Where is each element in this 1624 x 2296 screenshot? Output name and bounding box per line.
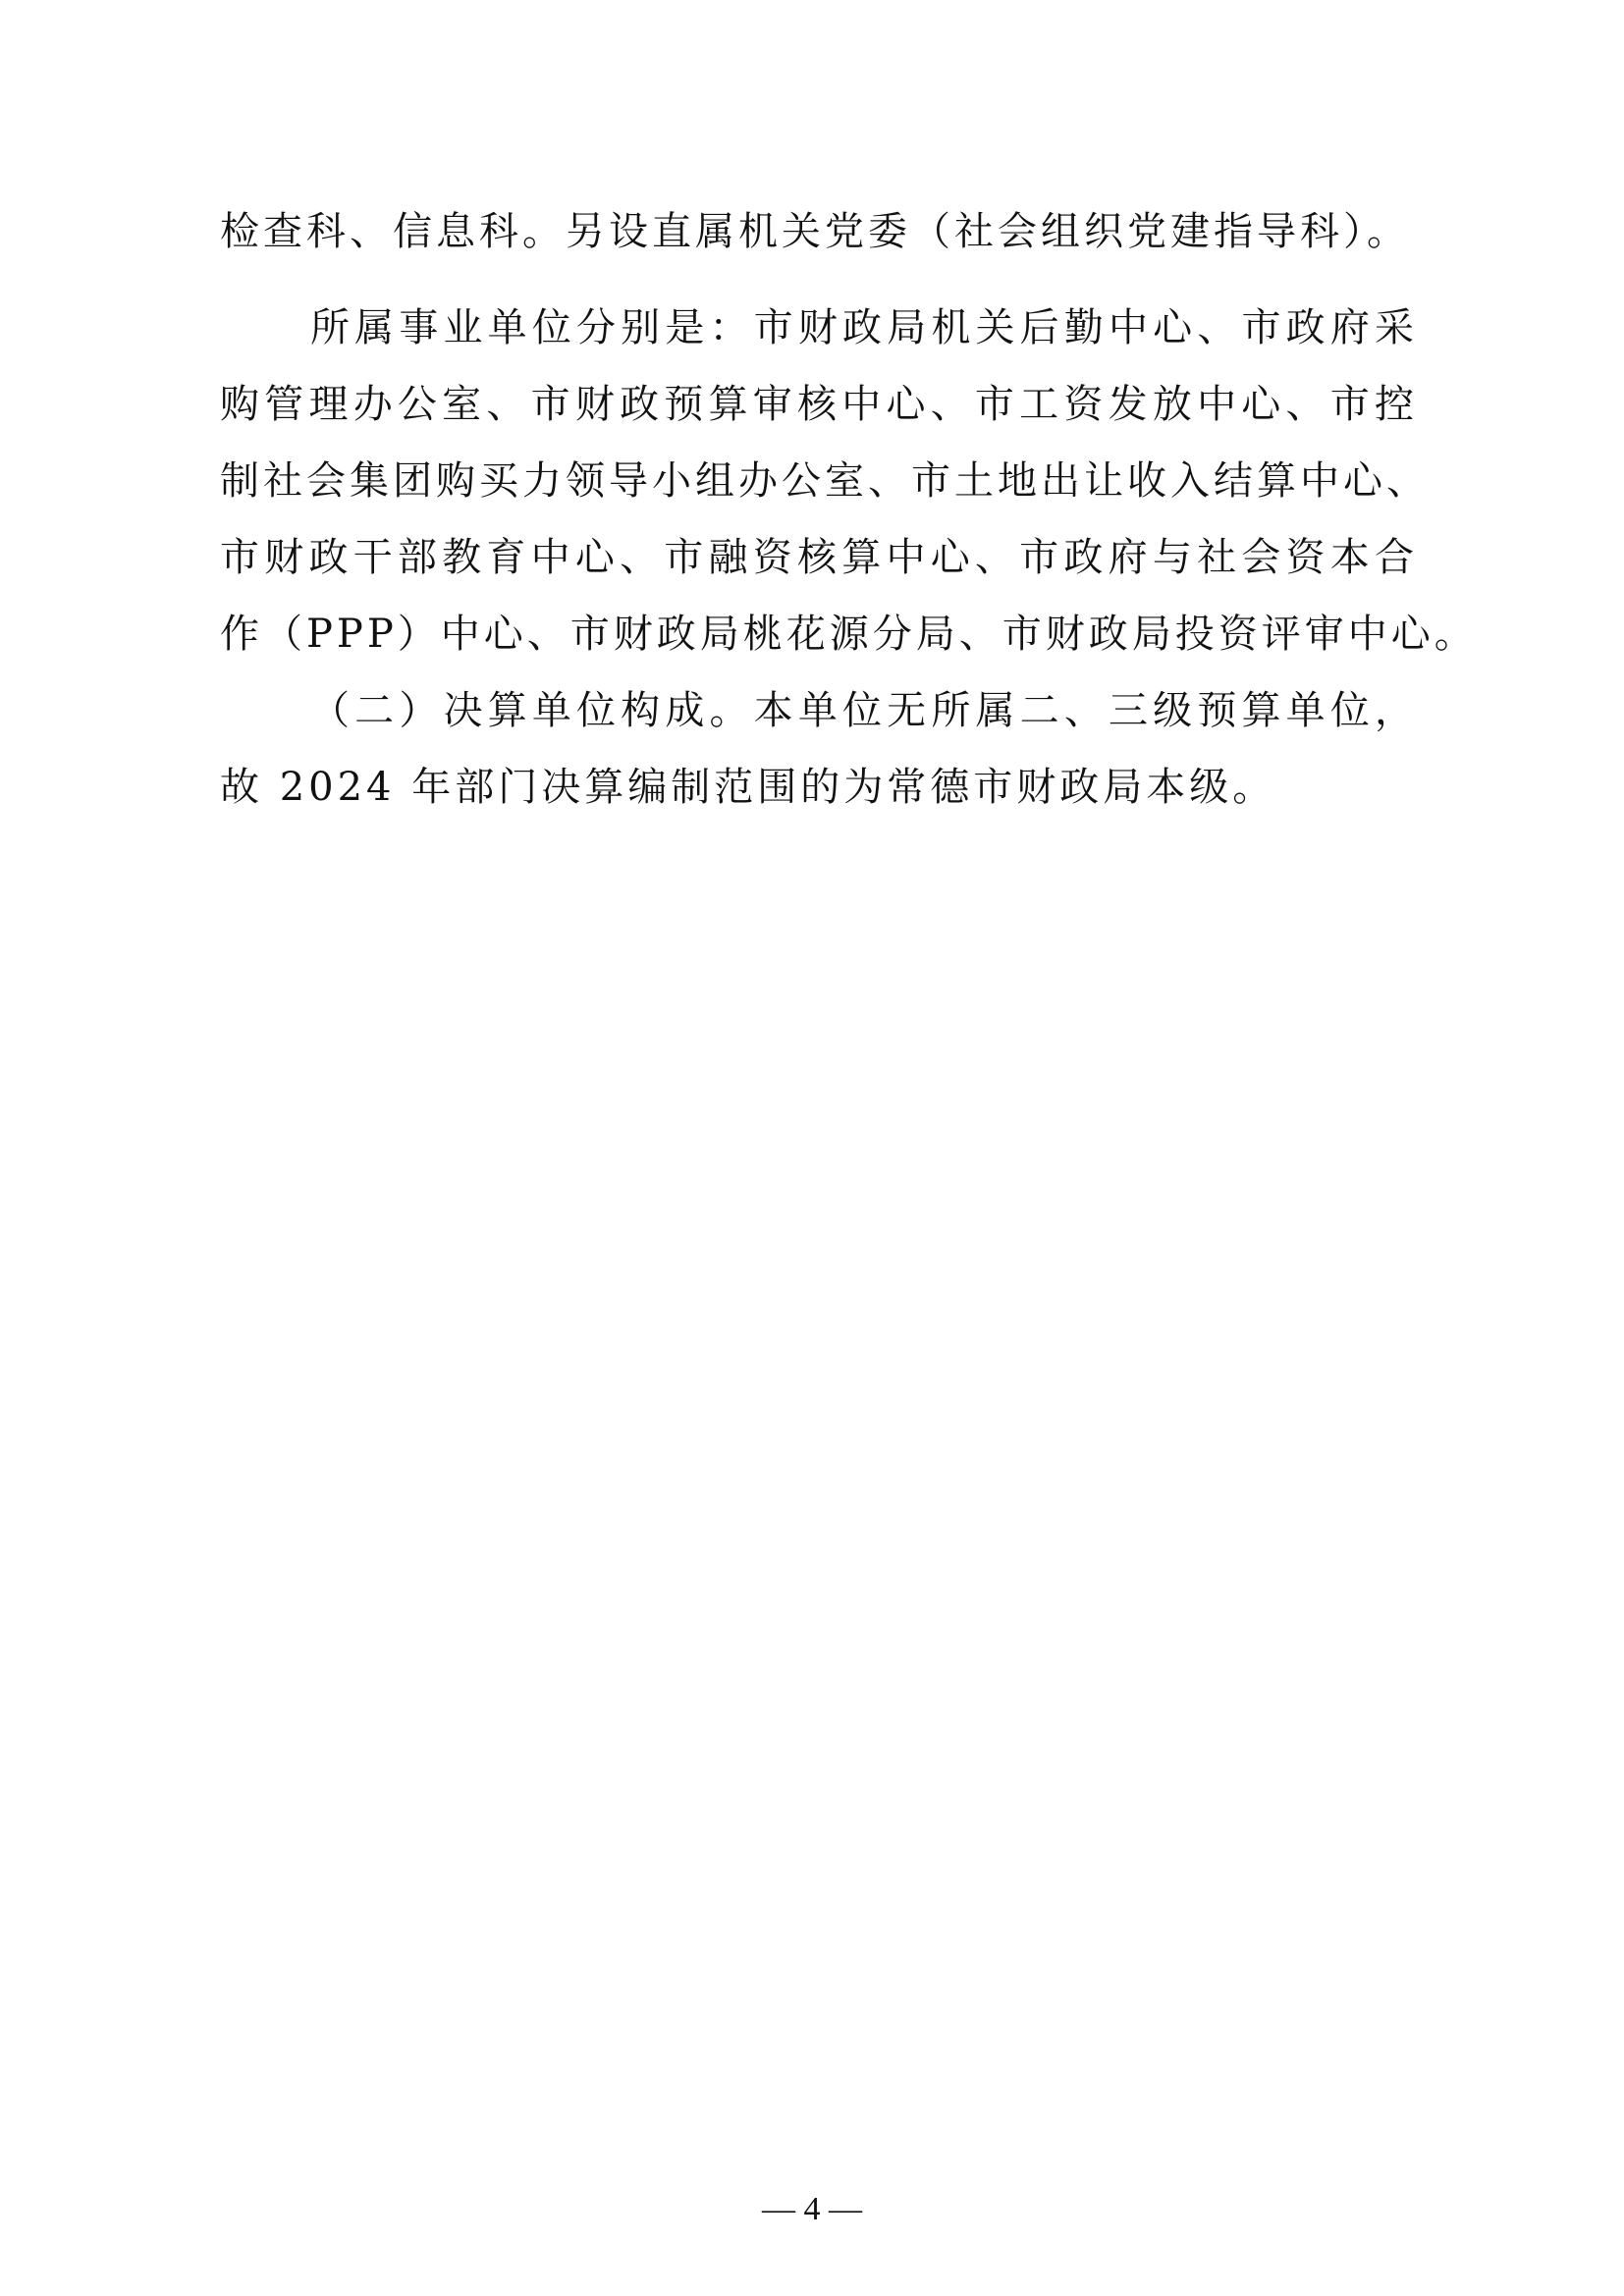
- paragraph-line: 所属事业单位分别是：市财政局机关后勤中心、市政府采: [310, 298, 1418, 357]
- paragraph-line: 市财政干部教育中心、市融资核算中心、市政府与社会资本合: [220, 528, 1418, 587]
- section-heading-line: （二）决算单位构成。本单位无所属二、三级预算单位，: [310, 681, 1418, 740]
- paragraph-line: 购管理办公室、市财政预算审核中心、市工资发放中心、市控: [220, 375, 1418, 434]
- paragraph-line: 故 2024 年部门决算编制范围的为常德市财政局本级。: [220, 758, 1275, 817]
- document-page: 检查科、信息科。另设直属机关党委（社会组织党建指导科）。 所属事业单位分别是：市…: [0, 0, 1624, 2296]
- page-number: — 4 —: [0, 2185, 1624, 2234]
- paragraph-line: 制社会集团购买力领导小组办公室、市土地出让收入结算中心、: [220, 452, 1418, 510]
- paragraph-line: 作（PPP）中心、市财政局桃花源分局、市财政局投资评审中心。: [220, 605, 1418, 664]
- paragraph-line: 检查科、信息科。另设直属机关党委（社会组织党建指导科）。: [220, 202, 1410, 261]
